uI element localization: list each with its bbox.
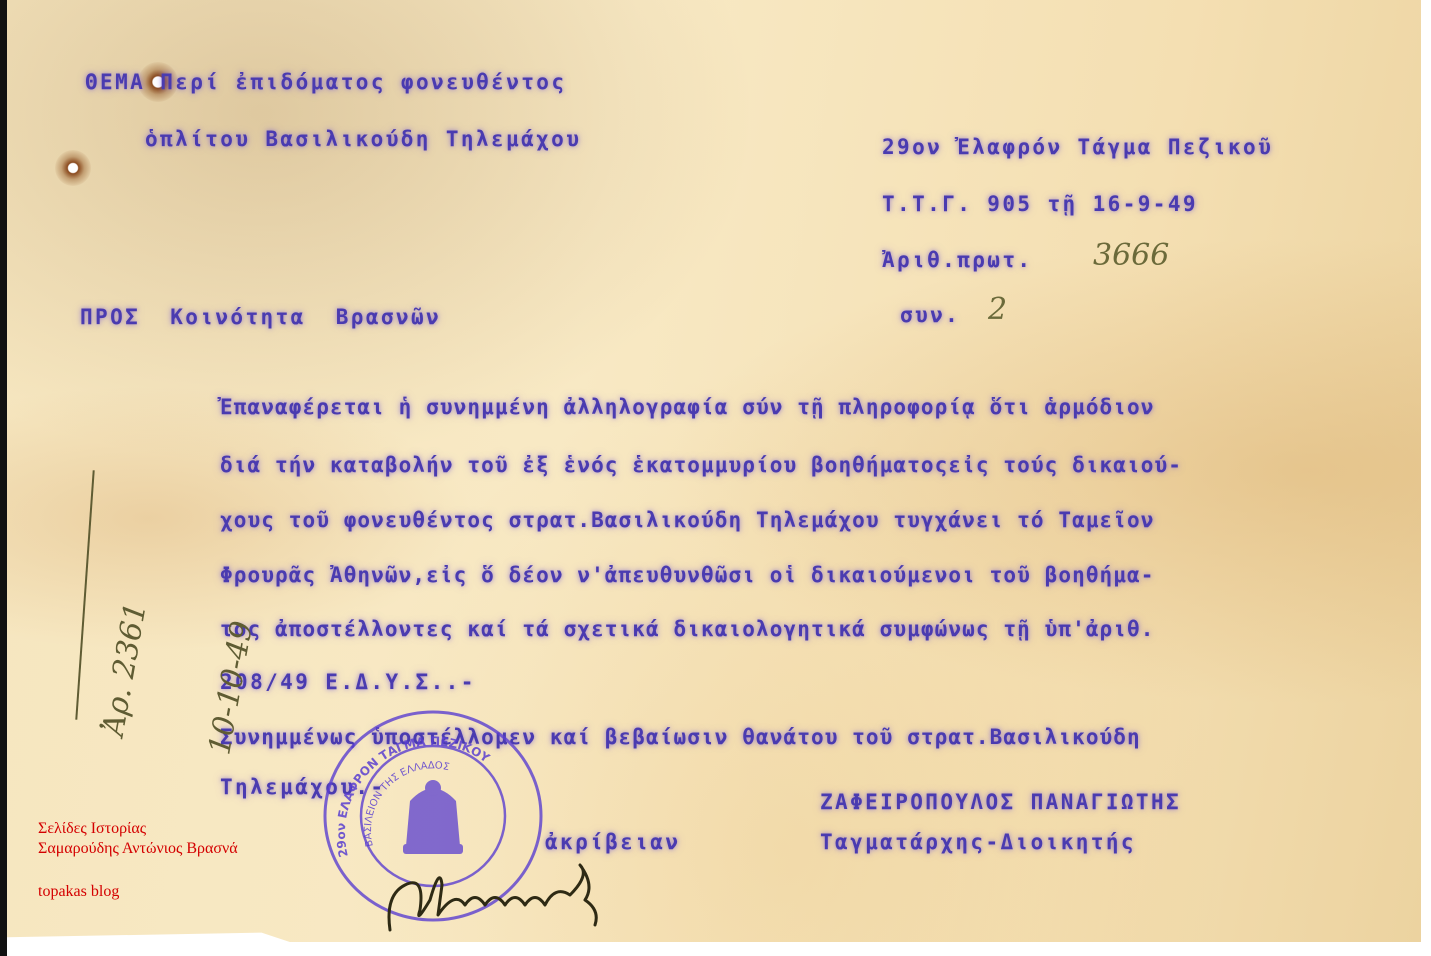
- handwritten-signature: [380, 855, 610, 935]
- margin-number: Ἀρ. 2361: [96, 600, 155, 739]
- margin-date: 10-10-49: [202, 619, 261, 758]
- watermark-author: Σαμαρούδης Αντώνιος Βρασνά: [38, 840, 238, 858]
- recipient: ΠΡΟΣ Κοινότητα Βρασνῶν: [80, 305, 441, 329]
- burn-hole: [55, 150, 91, 186]
- closing-accuracy: ἀκρίβειαν: [545, 830, 680, 854]
- signatory-name: ΖΑΦΕΙΡΟΠΟΥΛΟΣ ΠΑΝΑΓΙΩΤΗΣ: [820, 790, 1181, 814]
- subject-line-1: ΘΕΜΑ Περί ἐπιδόματος φονευθέντος: [85, 70, 566, 94]
- protocol-number: 3666: [1093, 238, 1169, 273]
- subject-line-2: ὁπλίτου Βασιλικούδη Τηλεμάχου: [145, 127, 581, 151]
- unit-name: 29ον Ἐλαφρόν Τάγμα Πεζικοῦ: [882, 135, 1273, 159]
- signatory-title: Ταγματάρχης-Διοικητής: [820, 830, 1136, 854]
- body-line: Ἐπαναφέρεται ἡ συνημμένη ἀλληλογραφία σύ…: [220, 395, 1155, 419]
- body-line: διά τήν καταβολήν τοῦ ἐξ ἑνός ἑκατομμυρί…: [220, 453, 1182, 477]
- coat-of-arms-icon: [403, 780, 463, 854]
- postal-and-date: Τ.Τ.Γ. 905 τῇ 16-9-49: [882, 192, 1198, 216]
- watermark-title: Σελίδες Ιστορίας: [38, 820, 146, 838]
- body-line: χους τοῦ φονευθέντος στρατ.Βασιλικούδη Τ…: [220, 508, 1155, 532]
- protocol-label: Ἀριθ.πρωτ.: [882, 248, 1032, 272]
- watermark-blog: topakas blog: [38, 883, 119, 901]
- scan-left-edge: [0, 0, 7, 956]
- body-line: τος ἀποστέλλοντες καί τά σχετικά δικαιολ…: [220, 617, 1155, 641]
- body-line: Φρουρᾶς Ἀθηνῶν,εἰς ὅ δέον ν'ἀπευθυνθῶσι …: [220, 563, 1155, 587]
- attachments-label: συν.: [900, 303, 960, 327]
- attachments-count: 2: [988, 292, 1007, 327]
